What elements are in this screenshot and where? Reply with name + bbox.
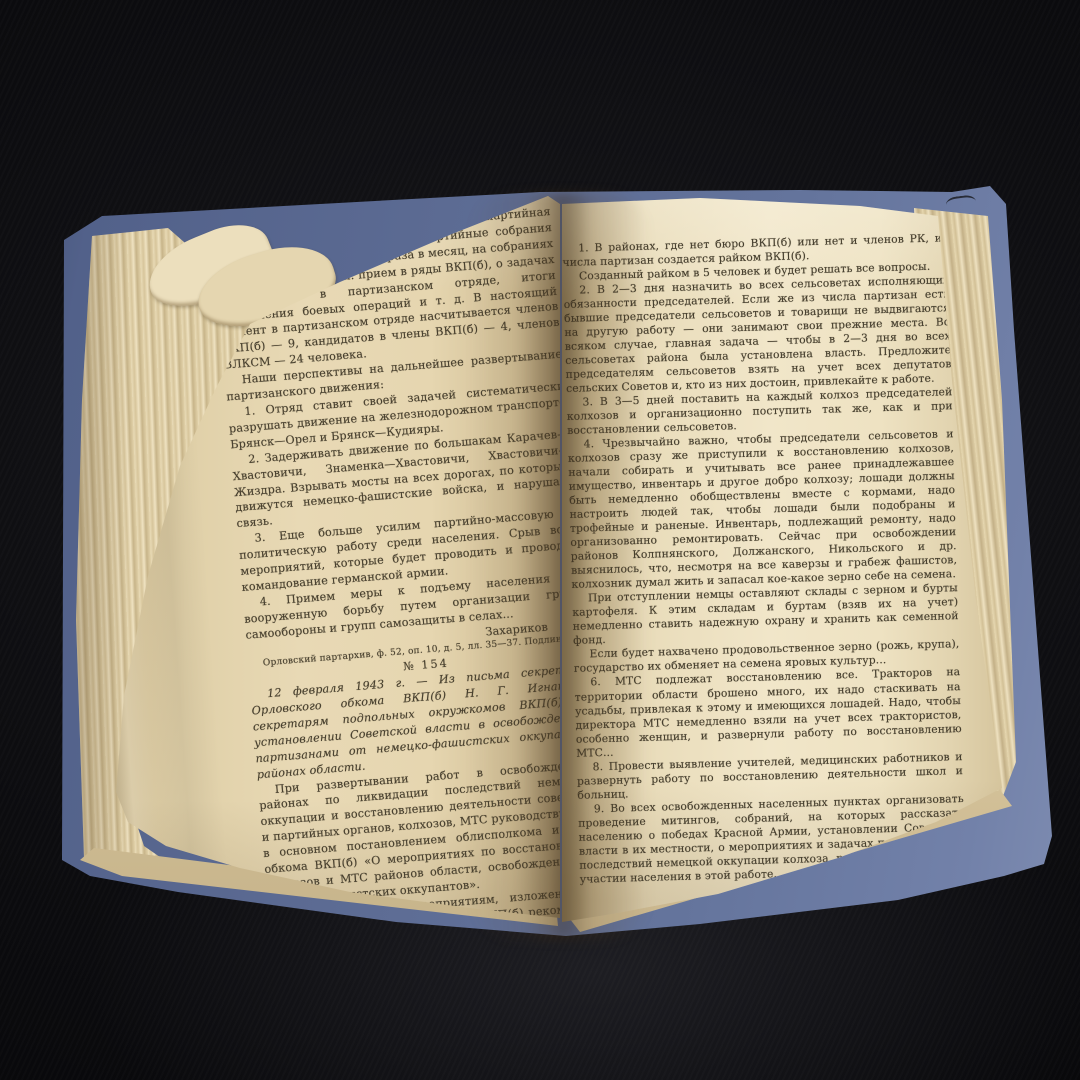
photo-scene: Вместе с этим проводилась и внутрипартий… [0, 0, 1080, 1080]
paragraph: 6. МТС подлежат восстановлению все. Трак… [574, 666, 962, 761]
paragraph: 4. Чрезвычайно важно, чтобы председатели… [567, 427, 957, 592]
right-page-text: 1. В районах, где нет бюро ВКП(б) или не… [562, 231, 966, 900]
left-page-text: Вместе с этим проводилась и внутрипартий… [213, 204, 610, 972]
paragraph: 2. В 2—3 дня назначить во всех сельсовет… [563, 273, 952, 396]
